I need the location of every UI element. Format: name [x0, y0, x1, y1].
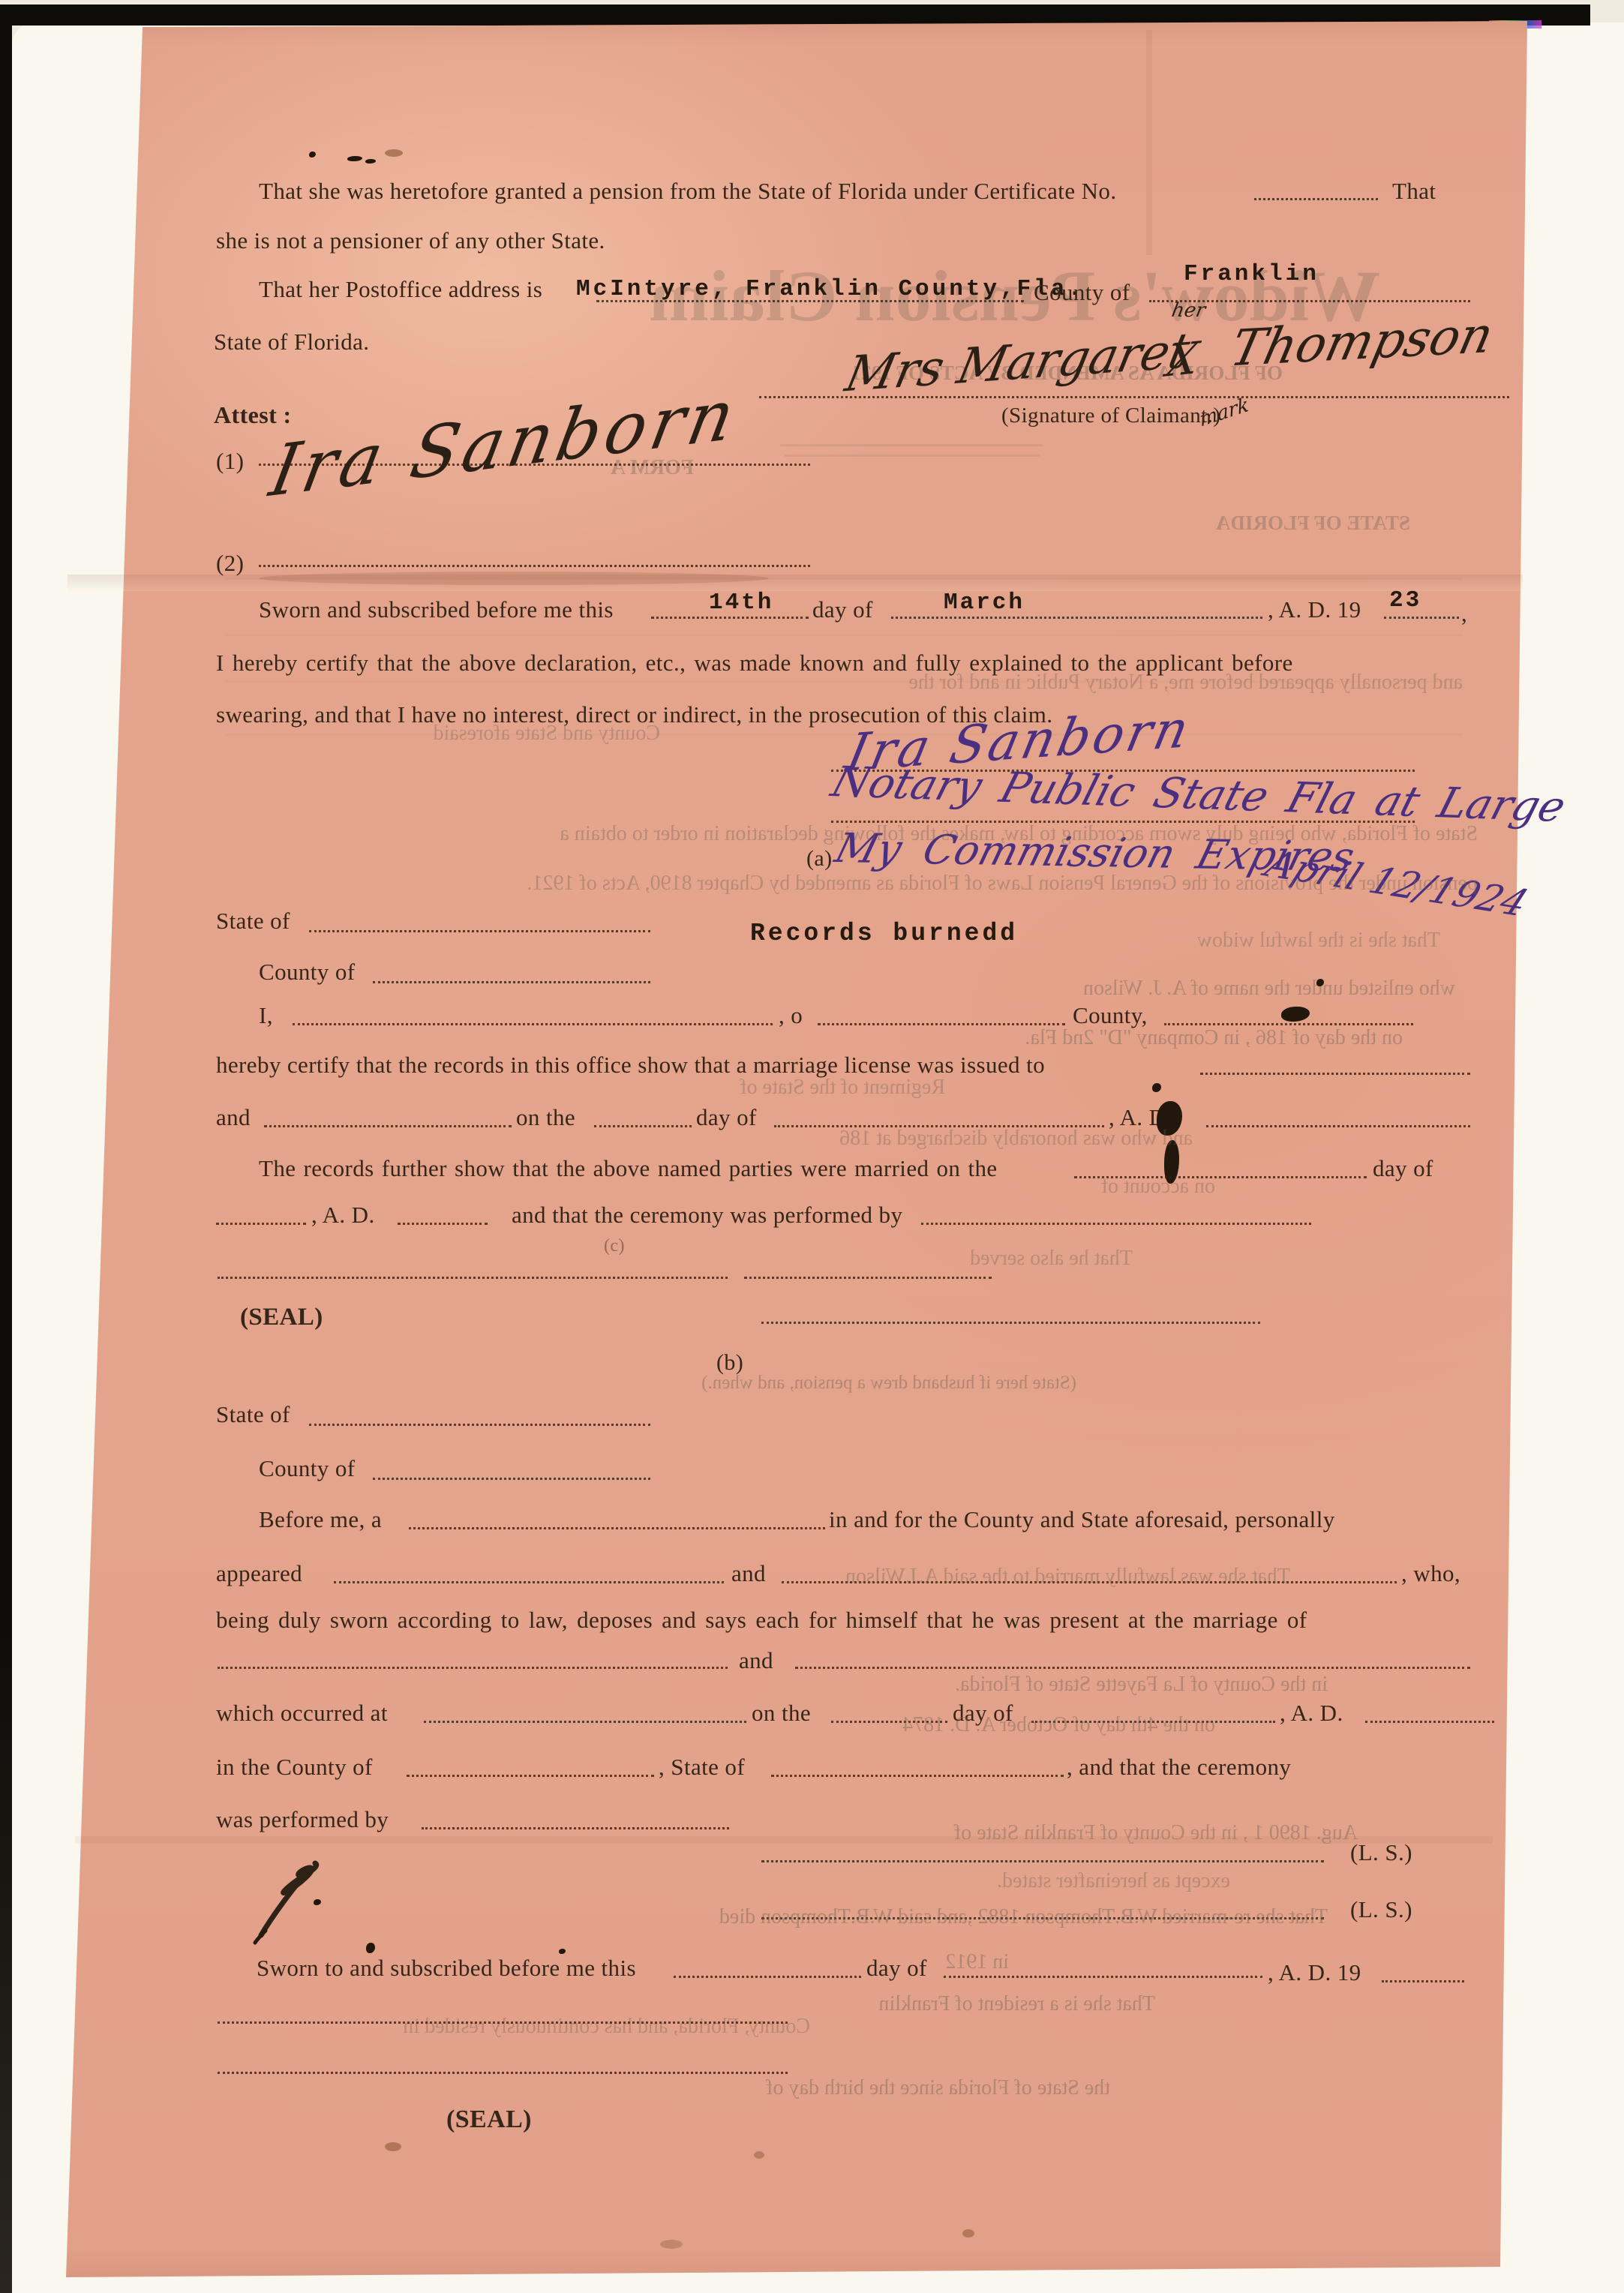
printed-c-label-faint: (c) [604, 1236, 625, 1257]
blank-notary-2-line1 [218, 2021, 788, 2024]
printed-occurred-at: which occurred at [216, 1700, 388, 1727]
blank-notary-2-line2 [218, 2072, 788, 2074]
printed-certificate-line-end: That [1392, 178, 1436, 205]
printed-i-label: I, [259, 1002, 273, 1029]
bleed-hereinafter: except as hereinafter stated. [810, 1869, 1230, 1893]
scanned-document-page: { "document": { "description": "Scanned … [0, 0, 1624, 2293]
printed-day-of-3: day of [1373, 1155, 1433, 1182]
printed-sworn-subscribed: Sworn and subscribed before me this [259, 596, 614, 623]
bleed-declaration-line: State of Florida, who being duly sworn a… [233, 822, 1478, 846]
printed-that-ceremony: , and that the ceremony [1067, 1754, 1291, 1781]
bleed-husband-pension-caption: (State here if husband drew a pension, a… [551, 1373, 1076, 1394]
printed-attest-label: Attest : [214, 401, 292, 429]
blank-sworn2-month [944, 1976, 1262, 1978]
blank-state-of-2 [309, 1424, 650, 1426]
printed-and-3: and [739, 1647, 773, 1674]
bleed-aug-1890: Aug. 1890 1 , in the County of Franklin … [233, 1821, 1358, 1845]
blank-ceremony-county [407, 1775, 654, 1777]
blank-clerk-office [818, 1023, 1065, 1025]
printed-ls-2: (L. S.) [1350, 1896, 1412, 1923]
stain-bottom-1 [385, 2142, 401, 2151]
bleed-regiment: Regiment of the State of [525, 1076, 945, 1100]
bleed-company: on the day of 186 , in Company "D" 2nd F… [233, 1026, 1403, 1050]
printed-certify-1: I hereby certify that the above declarat… [216, 650, 1293, 677]
printed-state-of-florida: State of Florida. [214, 329, 369, 356]
blank-occurred-year [1365, 1721, 1494, 1723]
printed-ad-4: , A. D. [1280, 1700, 1343, 1727]
printed-certificate-line: That she was heretofore granted a pensio… [259, 178, 1116, 205]
printed-who: , who, [1401, 1560, 1460, 1587]
printed-ls-1: (L. S.) [1350, 1839, 1412, 1866]
blank-groom-name [218, 1667, 728, 1669]
printed-state-of-2: State of [216, 1401, 290, 1428]
claimant-mark-her: her [1169, 300, 1207, 323]
bleed-continuously: County, Florida, and has continuously re… [225, 2015, 810, 2039]
printed-o-label: , o [779, 1002, 803, 1029]
typed-sworn-month: March [944, 590, 1025, 617]
scan-frame-left [0, 5, 12, 2293]
blank-officer-title [409, 1527, 825, 1529]
printed-sworn-comma: , [1461, 600, 1467, 627]
printed-a-label: (a) [806, 846, 833, 872]
bleed-remarried: That she re-married W.B.Thompson 1882 ,a… [248, 1905, 1328, 1929]
typed-county-franklin: Franklin [1184, 261, 1319, 288]
blank-ceremony-by [921, 1223, 1311, 1225]
stain-bottom-4 [660, 2240, 683, 2249]
printed-ad-19: , A. D. 19 [1268, 596, 1361, 623]
blank-ls-1 [761, 1860, 1324, 1862]
printed-sworn-to: Sworn to and subscribed before me this [257, 1955, 636, 1982]
printed-postoffice-label: That her Postoffice address is [259, 276, 542, 303]
printed-ad-19-2: , A. D. 19 [1268, 1959, 1361, 1986]
blank-ceremony-state [771, 1775, 1064, 1777]
printed-seal-2: (SEAL) [446, 2105, 532, 2134]
printed-ceremony-by: and that the ceremony was performed by [512, 1202, 902, 1229]
printed-in-and-for: in and for the County and State aforesai… [829, 1506, 1335, 1533]
typed-postoffice-address: McIntyre, Franklin County,Fla. [576, 276, 1085, 303]
typed-sworn-day: 14th [709, 590, 773, 617]
rule-faint-sig-1 [780, 444, 1043, 446]
rule-faint-sig-2 [785, 455, 1040, 457]
bleed-state-of-florida: STATE OF FLORIDA [1185, 512, 1410, 535]
printed-county-of-1: County of [259, 959, 355, 986]
bleed-pension-provisions: pension under the provisions of the Gene… [233, 872, 1478, 896]
bleed-also-served: That he also served [810, 1247, 1133, 1271]
blank-clerk-name [293, 1023, 773, 1025]
printed-in-county-of: in the County of [216, 1754, 373, 1781]
stain-bottom-3 [962, 2229, 974, 2237]
blank-extra-1 [218, 1277, 728, 1279]
printed-item-1-label: (1) [216, 448, 244, 475]
typed-sworn-year: 23 [1389, 587, 1421, 614]
printed-county-of-label: County of [1034, 279, 1130, 306]
blank-sworn-year [1384, 617, 1459, 619]
blank-license-to [1200, 1073, 1470, 1075]
printed-seal-1: (SEAL) [240, 1304, 323, 1332]
bleed-lafayette: in the County of La Fayette State of Flo… [248, 1673, 1328, 1697]
printed-item-2-label: (2) [216, 550, 244, 577]
printed-ad-3: , A. D. [311, 1202, 375, 1229]
blank-married-year [398, 1223, 488, 1225]
bleed-discharged: and who was honorably discharged at 186 [233, 1127, 1193, 1151]
blank-license-year [1206, 1125, 1470, 1127]
bleed-october: on the 4th day of October A. D. 1874 [465, 1713, 1215, 1737]
printed-married-line: The records further show that the above … [259, 1155, 998, 1182]
blank-clerk-county [1164, 1023, 1413, 1025]
bleed-on-account: on account of [1005, 1175, 1215, 1199]
printed-before-me: Before me, a [259, 1506, 382, 1533]
blank-seal-signature [761, 1322, 1260, 1324]
blank-certificate-no [1254, 198, 1378, 200]
printed-license-line: hereby certify that the records in this … [216, 1052, 1045, 1079]
bleed-since-birth: the State of Florida since the birth day… [375, 2076, 1110, 2100]
printed-duly-sworn: being duly sworn according to law, depos… [216, 1607, 1307, 1634]
bleed-enlisted: who enlisted under the name of A. J. Wil… [480, 977, 1455, 1001]
printed-signature-caption: (Signature of Claimant.) [1001, 404, 1220, 428]
blank-sworn-day [651, 617, 809, 619]
printed-appeared: appeared [216, 1560, 302, 1587]
printed-county-of-2: County of [259, 1455, 355, 1482]
blank-sworn2-day [674, 1976, 861, 1978]
blank-extra-2 [744, 1277, 992, 1279]
blank-bride-name-2 [795, 1667, 1470, 1669]
blank-sworn-month [891, 617, 1262, 619]
printed-county-label-2: County, [1073, 1002, 1148, 1029]
printed-state-of-1: State of [216, 908, 290, 935]
bleed-lawful-widow: That she is the lawful widow [863, 929, 1440, 953]
rule-bleed-1 [225, 578, 1463, 580]
bleed-resident-of: That she is a resident of Franklin [480, 1992, 1155, 2016]
bleed-county-state-aforesaid: County and State aforesaid [240, 722, 660, 746]
blank-attest-2 [259, 565, 810, 567]
bleed-in-1912: in 1912 [814, 1950, 1009, 1974]
blank-sworn2-year [1382, 1980, 1464, 1982]
blank-married-month [216, 1223, 306, 1225]
blank-state-of-1 [309, 930, 650, 932]
stain-top [385, 149, 403, 157]
ink-scribble-mark [248, 1847, 360, 1952]
printed-not-pensioner: she is not a pensioner of any other Stat… [216, 227, 605, 254]
bleed-lawfully-married: That she was lawfully married to the sai… [465, 1565, 1290, 1589]
printed-state-of-3: , State of [659, 1754, 745, 1781]
rule-bleed-2 [225, 634, 1463, 636]
blank-county-of-2 [373, 1478, 650, 1480]
printed-day-of-1: day of [812, 596, 873, 623]
stain-bottom-2 [754, 2151, 764, 2159]
